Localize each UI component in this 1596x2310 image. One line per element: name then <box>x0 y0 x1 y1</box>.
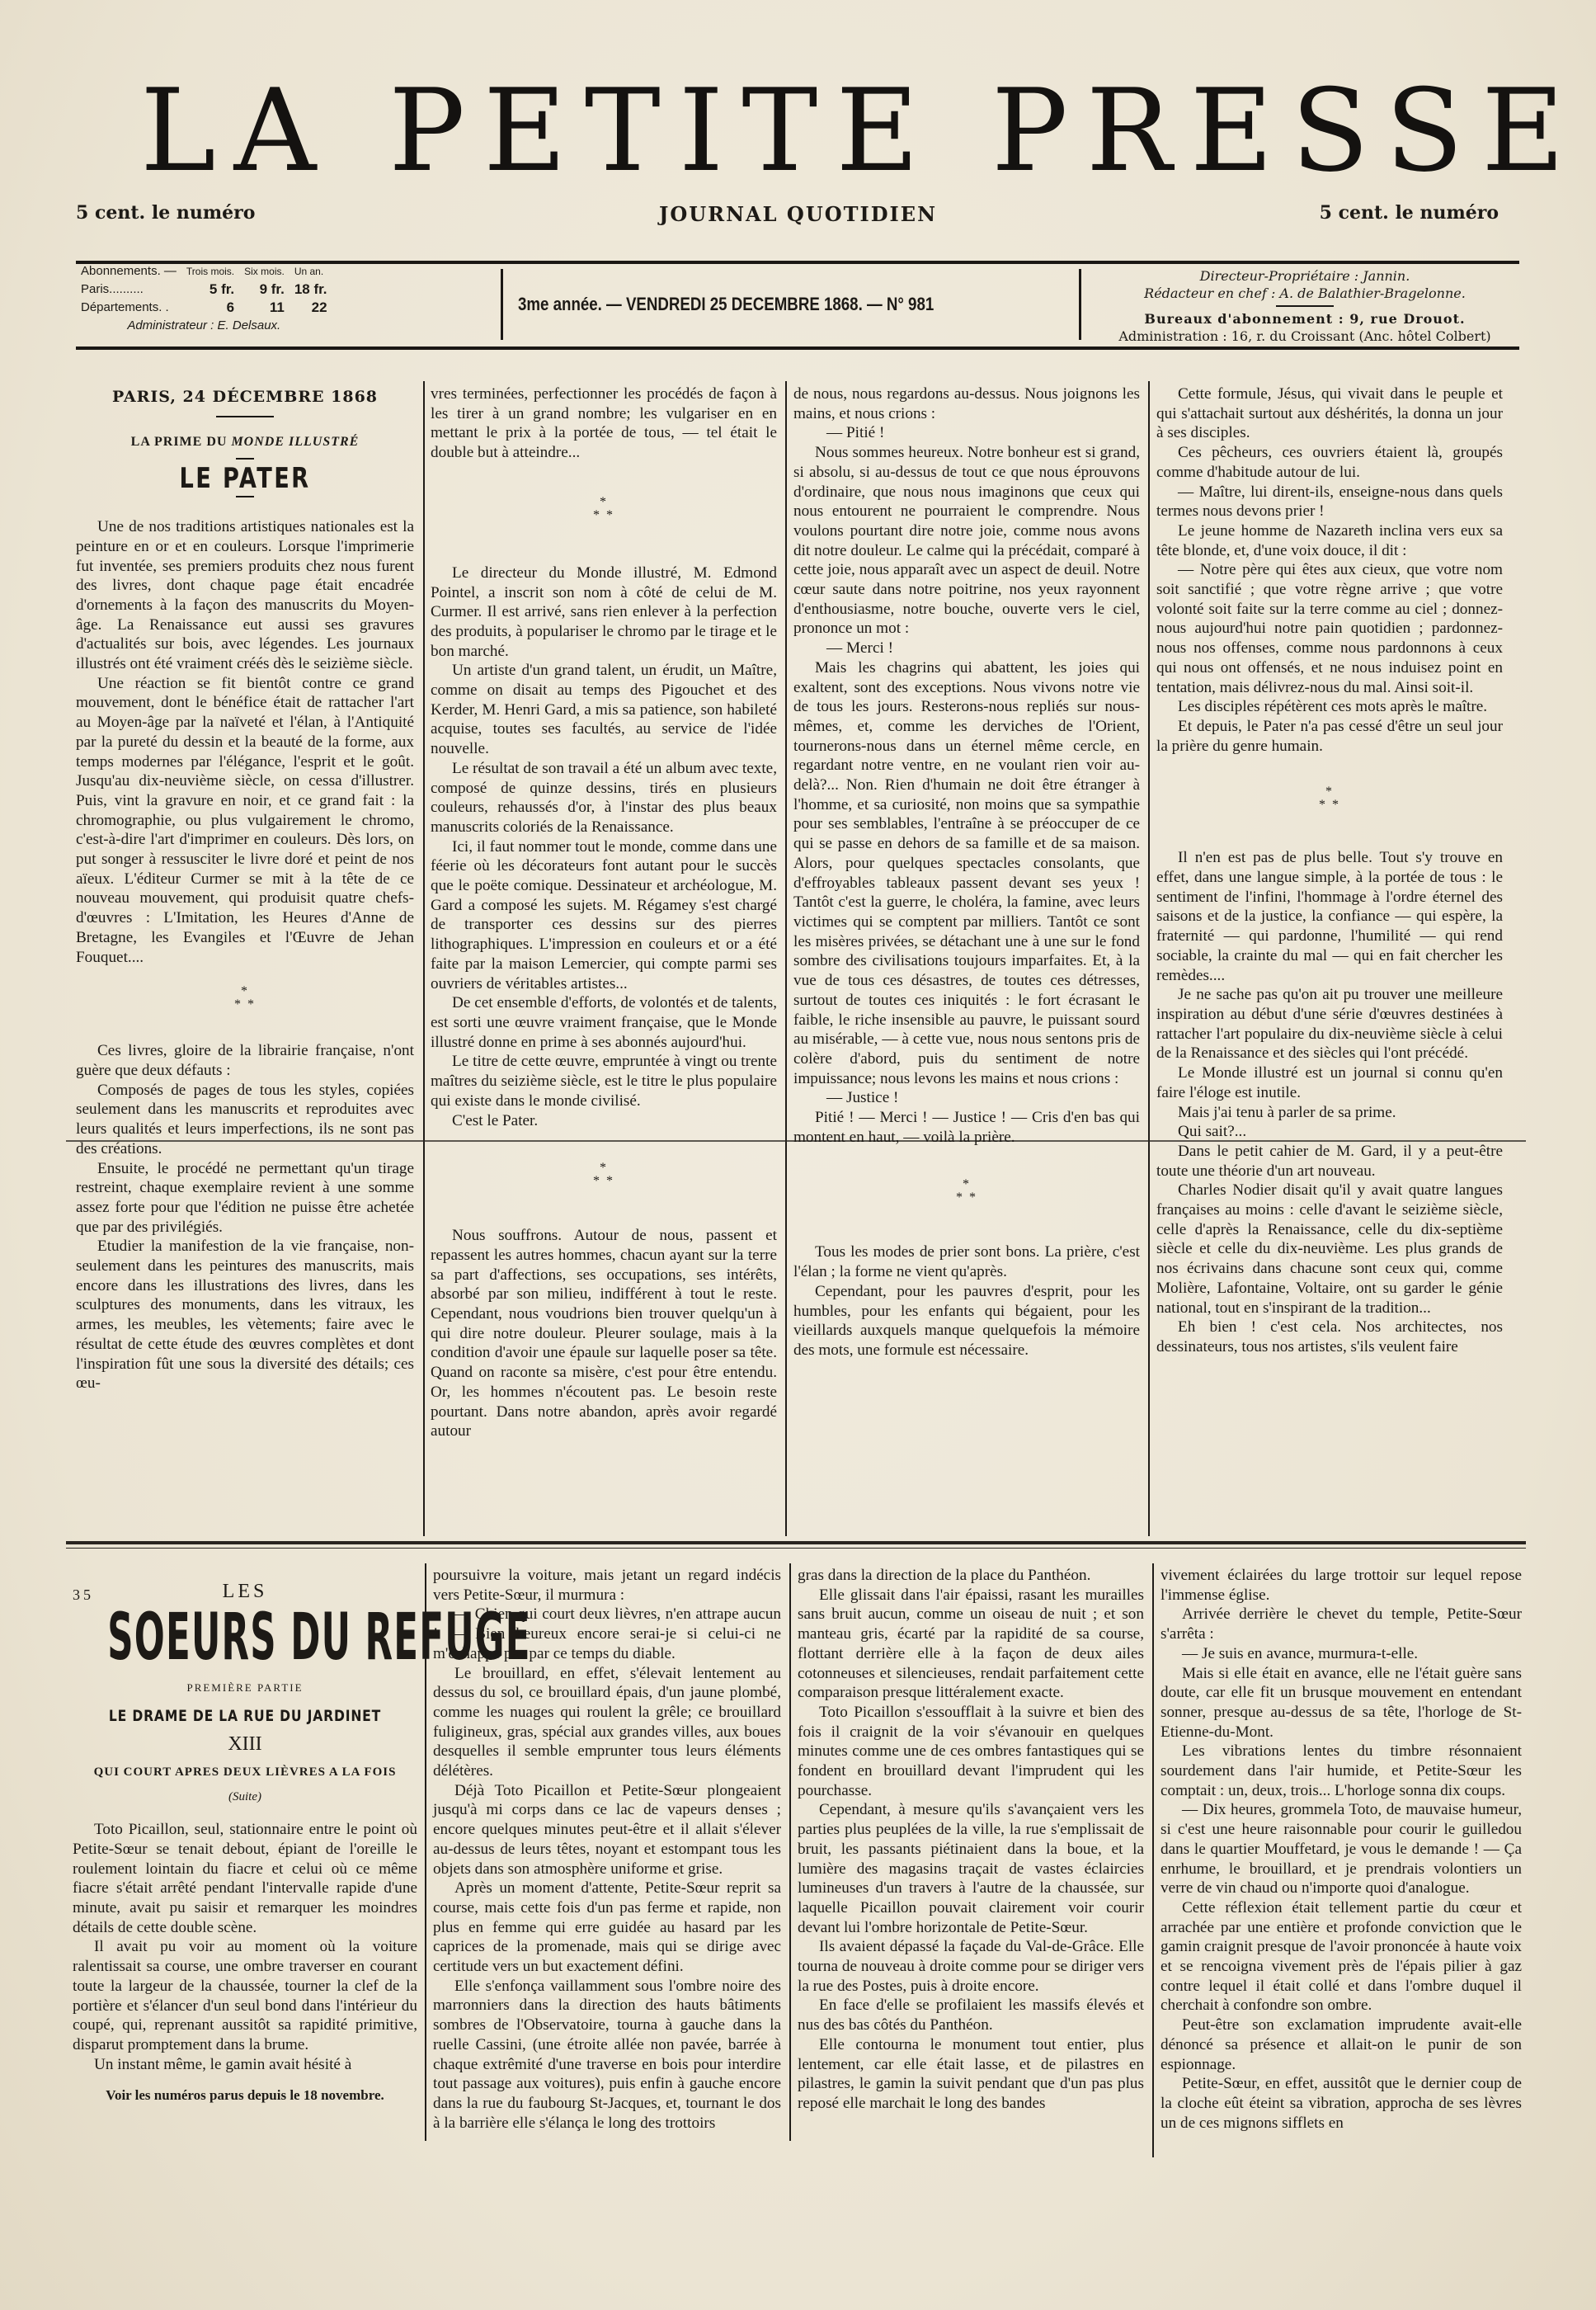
suite-label: (Suite) <box>73 1788 417 1808</box>
subs-region: Départements. . <box>76 299 181 317</box>
paragraph: Toto Picaillon, seul, stationnaire entre… <box>73 1820 417 1937</box>
paragraph: Petite-Sœur, en effet, aussitôt que le d… <box>1161 2074 1522 2133</box>
article-kicker: LA PRIME DU MONDE ILLUSTRÉ <box>76 432 414 452</box>
paragraph: Tous les modes de prier sont bons. La pr… <box>793 1242 1140 1281</box>
subscriptions-table: Abonnements. — Trois mois. Six mois. Un … <box>76 262 332 335</box>
subs-value: 18 fr. <box>290 280 332 299</box>
footnote: Voir les numéros parus depuis le 18 nove… <box>73 2086 417 2105</box>
subs-value: 6 <box>181 299 239 317</box>
paragraph: Ici, il faut nommer tout le monde, comme… <box>431 837 777 994</box>
article-column-3: de nous, nous regardons au-dessus. Nous … <box>793 384 1140 1360</box>
paragraph: Toto Picaillon s'essoufflait à la suivre… <box>798 1703 1144 1801</box>
paragraph: Ces livres, gloire de la librairie franç… <box>76 1041 414 1080</box>
paragraph: Etudier la manifestion de la vie françai… <box>76 1237 414 1393</box>
paragraph: En face d'elle se profilaient les massif… <box>798 1996 1144 2034</box>
paragraph: Cependant, pour les pauvres d'esprit, po… <box>793 1282 1140 1360</box>
subs-value: 9 fr. <box>239 280 290 299</box>
paragraph: Nous sommes heureux. Notre bonheur est s… <box>793 443 1140 639</box>
paragraph: Charles Nodier disait qu'il y avait quat… <box>1156 1181 1503 1318</box>
paragraph: — Maître, lui dirent-ils, enseigne-nous … <box>1156 483 1503 521</box>
feuilleton-part: PREMIÈRE PARTIE <box>73 1678 417 1698</box>
paragraph: Mais si elle était en avance, elle ne l'… <box>1161 1664 1522 1742</box>
feuilleton-column-3: gras dans la direction de la place du Pa… <box>798 1566 1144 2114</box>
info-divider <box>1079 269 1081 340</box>
masthead-title: LA PETITE PRESSE <box>140 74 1460 188</box>
column-rule <box>423 381 425 1536</box>
kicker-italic: MONDE ILLUSTRÉ <box>231 435 359 449</box>
chapter-number: XIII <box>73 1735 417 1755</box>
paragraph: Elle s'enfonça vaillamment sous l'ombre … <box>433 1977 781 2133</box>
paragraph: Le directeur du Monde illustré, M. Edmon… <box>431 563 777 662</box>
paragraph: Cette formule, Jésus, qui vivait dans le… <box>1156 384 1503 443</box>
rule <box>236 458 254 460</box>
price-right: 5 cent. le numéro <box>1320 202 1499 224</box>
feuilleton-les: 35LES <box>73 1582 417 1602</box>
column-rule <box>789 1563 791 2141</box>
paragraph: Les disciples répétèrent ces mots après … <box>1156 697 1503 717</box>
feuilleton-title: SOEURS DU REFUGE <box>107 1605 383 1670</box>
rule <box>216 416 274 417</box>
issue-block: 3me année. — VENDREDI 25 DECEMBRE 1868. … <box>518 294 1145 327</box>
subs-value: 22 <box>290 299 332 317</box>
exclamation: — Justice ! <box>793 1088 1140 1108</box>
paragraph: Ils avaient dépassé la façade du Val-de-… <box>798 1937 1144 1996</box>
staff-block: Directeur-Propriétaire : Jannin. Rédacte… <box>1090 267 1519 350</box>
editor-in-chief: Rédacteur en chef : A. de Balathier-Brag… <box>1090 285 1519 302</box>
column-rule <box>1148 381 1150 1536</box>
paragraph: — Notre père qui êtes aux cieux, que vot… <box>1156 560 1503 697</box>
paragraph: Déjà Toto Picaillon et Petite-Sœur plong… <box>433 1781 781 1879</box>
paragraph: Cependant, à mesure qu'ils s'avançaient … <box>798 1800 1144 1937</box>
paragraph: Pitié ! — Merci ! — Justice ! — Cris d'e… <box>793 1108 1140 1147</box>
administrator: Administrateur : E. Delsaux. <box>76 317 332 335</box>
paragraph: Mais les chagrins qui abattent, les joie… <box>793 658 1140 1088</box>
exclamation: — Pitié ! <box>793 423 1140 443</box>
separator-asterism: ** * <box>431 1162 777 1188</box>
info-bar: Abonnements. — Trois mois. Six mois. Un … <box>76 262 1519 345</box>
paragraph: Peut-être son exclamation imprudente ava… <box>1161 2015 1522 2074</box>
paragraph: De cet ensemble d'efforts, de volontés e… <box>431 993 777 1052</box>
subs-row: Paris.......... 5 fr. 9 fr. 18 fr. <box>76 280 332 299</box>
paragraph: Le résultat de son travail a été un albu… <box>431 759 777 837</box>
paragraph: Arrivée derrière le chevet du temple, Pe… <box>1161 1605 1522 1643</box>
paragraph: Et depuis, le Pater n'a pas cessé d'être… <box>1156 717 1503 756</box>
paragraph: Le titre de cette œuvre, empruntée à vin… <box>431 1052 777 1110</box>
paragraph: gras dans la direction de la place du Pa… <box>798 1566 1144 1586</box>
separator-asterism: ** * <box>793 1178 1140 1204</box>
exclamation: — Merci ! <box>793 639 1140 658</box>
staff-rule <box>1276 305 1334 307</box>
feuilleton-drame: LE DRAME DE LA RUE DU JARDINET <box>104 1707 387 1727</box>
paragraph: Une réaction se fit bientôt contre ce gr… <box>76 674 414 968</box>
article-column-4: Cette formule, Jésus, qui vivait dans le… <box>1156 384 1503 1357</box>
paragraph: Ensuite, le procédé ne permettant qu'un … <box>76 1159 414 1237</box>
feuilleton-rule <box>66 1541 1526 1544</box>
subs-region: Paris.......... <box>76 280 181 299</box>
paragraph: vres terminées, perfectionner les procéd… <box>431 384 777 463</box>
paragraph: de nous, nous regardons au-dessus. Nous … <box>793 384 1140 423</box>
paragraph: Le Monde illustré est un journal si conn… <box>1156 1063 1503 1102</box>
subs-value: 5 fr. <box>181 280 239 299</box>
subscriptions-block: Abonnements. — Trois mois. Six mois. Un … <box>76 262 488 345</box>
feuilleton-rule <box>66 1548 1526 1549</box>
article-title: LE PATER <box>110 469 380 489</box>
paragraph: Le brouillard, en effet, s'élevait lente… <box>433 1664 781 1781</box>
dateline: PARIS, 24 DÉCEMBRE 1868 <box>76 388 414 408</box>
subs-value: 11 <box>239 299 290 317</box>
paragraph: Un artiste d'un grand talent, un érudit,… <box>431 661 777 759</box>
paragraph: Le jeune homme de Nazareth inclina vers … <box>1156 521 1503 560</box>
paragraph: Dans le petit cahier de M. Gard, il y a … <box>1156 1142 1503 1181</box>
rule <box>236 496 254 497</box>
subs-row: Départements. . 6 11 22 <box>76 299 332 317</box>
separator-asterism: ** * <box>76 985 414 1011</box>
paragraph: Elle contourna le monument tout entier, … <box>798 2035 1144 2114</box>
header-rule-bottom <box>76 346 1519 350</box>
article-column-2: vres terminées, perfectionner les procéd… <box>431 384 777 1441</box>
paragraph: Une de nos traditions artistiques nation… <box>76 517 414 674</box>
paragraph: Eh bien ! c'est cela. Nos architectes, n… <box>1156 1318 1503 1356</box>
feuilleton-column-1: 35LES SOEURS DU REFUGE PREMIÈRE PARTIE L… <box>73 1582 417 2105</box>
feuilleton-number: 35 <box>73 1586 94 1605</box>
paragraph: Ces pêcheurs, ces ouvriers étaient là, g… <box>1156 443 1503 482</box>
subs-header: Un an. <box>290 262 332 280</box>
paragraph: Un instant même, le gamin avait hésité à <box>73 2055 417 2075</box>
paragraph: Il avait pu voir au moment où la voiture… <box>73 1937 417 2054</box>
paragraph: Mais j'ai tenu à parler de sa prime. <box>1156 1103 1503 1123</box>
paragraph: Cette réflexion était tellement partie d… <box>1161 1898 1522 2015</box>
feuilleton-column-4: vivement éclairées du large trottoir sur… <box>1161 1566 1522 2133</box>
paragraph: vivement éclairées du large trottoir sur… <box>1161 1566 1522 1605</box>
feuilleton-column-2: poursuivre la voiture, mais jetant un re… <box>433 1566 781 2133</box>
paragraph: Je ne sache pas qu'on ait pu trouver une… <box>1156 985 1503 1063</box>
chapter-title: QUI COURT APRES DEUX LIÈVRES A LA FOIS <box>73 1763 417 1783</box>
paragraph: Nous souffrons. Autour de nous, passent … <box>431 1226 777 1441</box>
paragraph: Elle glissait dans l'air épaissi, rasant… <box>798 1586 1144 1703</box>
subscriptions-label: Abonnements. — <box>76 262 181 280</box>
info-divider <box>501 269 503 340</box>
paragraph: Qui sait?... <box>1156 1122 1503 1142</box>
paragraph: C'est le Pater. <box>431 1111 777 1131</box>
column-rule <box>785 381 787 1536</box>
administration: Administration : 16, r. du Croissant (An… <box>1090 328 1519 345</box>
les-text: LES <box>223 1581 268 1602</box>
director: Directeur-Propriétaire : Jannin. <box>1090 267 1519 285</box>
paragraph: Après un moment d'attente, Petite-Sœur r… <box>433 1879 781 1977</box>
article-column-1: PARIS, 24 DÉCEMBRE 1868 LA PRIME DU MOND… <box>76 388 414 1393</box>
separator-asterism: ** * <box>1156 785 1503 812</box>
issue-line: 3me année. — VENDREDI 25 DECEMBRE 1868. … <box>518 294 1051 315</box>
paragraph: — Je suis en avance, murmura-t-elle. <box>1161 1644 1522 1664</box>
paragraph: Il n'en est pas de plus belle. Tout s'y … <box>1156 848 1503 985</box>
paragraph: — Dix heures, grommela Toto, de mauvaise… <box>1161 1800 1522 1898</box>
paragraph: Les vibrations lentes du timbre résonnai… <box>1161 1742 1522 1800</box>
offices: Bureaux d'abonnement : 9, rue Drouot. <box>1090 310 1519 328</box>
separator-asterism: ** * <box>431 496 777 522</box>
paragraph: — Chien qui court deux lièvres, n'en att… <box>433 1605 781 1663</box>
kicker-text: LA PRIME DU <box>131 435 232 449</box>
paragraph: Composés de pages de tous les styles, co… <box>76 1081 414 1159</box>
subs-header: Six mois. <box>239 262 290 280</box>
column-rule <box>1152 1563 1154 2157</box>
paragraph: poursuivre la voiture, mais jetant un re… <box>433 1566 781 1605</box>
subs-header: Trois mois. <box>181 262 239 280</box>
